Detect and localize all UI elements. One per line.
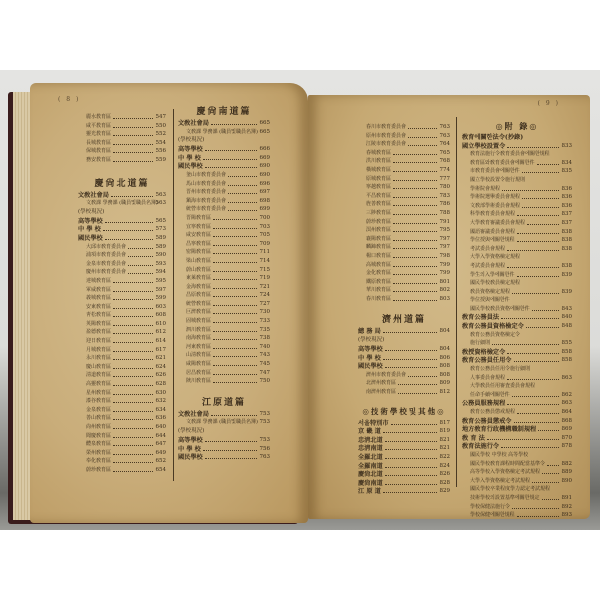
toc-entry-page: 556 — [156, 149, 167, 155]
toc-entry-title: 長城教育區 — [86, 141, 111, 146]
leader-dots — [211, 415, 257, 416]
toc-entry-title: 漆谷敎育區 — [86, 399, 111, 404]
toc-entry-page: 839 — [562, 290, 573, 296]
toc-entry-title: 蔚珍敎育區 — [86, 468, 111, 473]
column-divider — [456, 117, 457, 487]
toc-entry-page: 837 — [562, 221, 573, 227]
leader-dots — [213, 262, 257, 263]
toc-entry-title: 居昌敎育區 — [186, 371, 211, 376]
toc-entry-page: 893 — [562, 513, 573, 519]
toc-entry-page: 797 — [440, 237, 451, 243]
toc-entry-page: 590 — [156, 253, 167, 259]
leader-dots — [393, 180, 437, 181]
leader-dots — [517, 241, 559, 242]
leader-dots — [517, 233, 559, 234]
page-edges — [13, 92, 31, 520]
toc-entry-page: 735 — [260, 328, 271, 334]
toc-entry-title: 國民學校敎育課程時間配當基準令 — [470, 462, 545, 467]
toc-entry-page: 799 — [440, 263, 451, 269]
toc-entry-title: 京 畿 道 — [358, 429, 381, 435]
toc-entry-title: 慶州市敎育委員會 — [86, 270, 126, 275]
leader-dots — [385, 458, 437, 459]
toc-entry-page: 808 — [440, 364, 451, 370]
toc-entry-title: 春川敎育區 — [366, 297, 391, 302]
leader-dots — [393, 171, 437, 172]
toc-entry-title: 浦項市敎育委員會 — [86, 253, 126, 258]
toc-entry-page: 791 — [440, 220, 451, 226]
toc-entry-title: 敎育公務員任用令施行細則 — [470, 367, 530, 372]
toc-entry-page: 795 — [440, 228, 451, 234]
toc-entry-title: 山淸敎育區 — [186, 353, 211, 358]
leader-dots — [517, 516, 559, 517]
toc-entry-page: 563 — [156, 193, 167, 199]
toc-entry-title: 學校保健法施行令 — [470, 505, 510, 510]
toc-entry-title: 文敎部學術委員會規程 — [470, 204, 520, 209]
leader-dots — [113, 342, 153, 343]
toc-entry-title: 昌原敎育區 — [186, 293, 211, 298]
toc-entry-title: (學校現況) — [78, 210, 104, 216]
toc-list: 敎育에關한法令(抄錄)國立學校設置令833敎育法施行令敎育委員會에關한規程敎育區… — [462, 135, 572, 522]
leader-dots — [113, 299, 153, 300]
toc-entry-page: 745 — [260, 362, 271, 368]
toc-entry-page: 834 — [562, 161, 573, 167]
leader-dots — [492, 344, 559, 345]
toc-entry-page: 862 — [562, 393, 573, 399]
toc-entry-page: 647 — [156, 442, 167, 448]
toc-entry-page: 836 — [562, 204, 573, 210]
leader-dots — [514, 361, 559, 362]
leader-dots — [203, 450, 257, 451]
toc-entry-title: 高等學校 — [78, 219, 103, 225]
leader-dots — [213, 331, 257, 332]
toc-entry-page: 636 — [156, 416, 167, 422]
toc-entry-title: 蔚山敎育區 — [186, 268, 211, 273]
toc-entry-title: 原州市敎育委員會 — [366, 134, 406, 139]
toc-entry-title: 施行細則 — [470, 341, 490, 346]
toc-entry-page: 840 — [562, 315, 573, 321]
toc-entry-title: 高等學校 — [358, 347, 383, 353]
toc-entry-title: 全羅南道 — [358, 464, 383, 470]
leader-dots — [385, 475, 437, 476]
toc-entry-title: 高靈敎育區 — [86, 382, 111, 387]
leader-dots — [393, 274, 437, 275]
toc-entry-page: 552 — [156, 132, 167, 138]
leader-dots — [501, 447, 559, 448]
toc-entry-page: 774 — [440, 168, 451, 174]
toc-entry-title: 敎育公務員法 — [462, 315, 499, 321]
leader-dots — [507, 250, 559, 251]
left-page: ( 8 ) 麗水教育區547咸平教育區550靈光教育區552長城教育區554保城… — [30, 83, 308, 523]
toc-entry-title: 保城教育區 — [86, 149, 111, 154]
toc-entry-page: 836 — [562, 195, 573, 201]
toc-entry-page: 891 — [562, 496, 573, 502]
toc-entry-title: 文敎社會局 — [178, 121, 209, 127]
leader-dots — [113, 394, 153, 395]
toc-entry-title: 務安教育區 — [86, 158, 111, 163]
leader-dots — [408, 376, 437, 377]
toc-entry-title: 任命手續에關한件 — [470, 393, 510, 398]
leader-dots — [393, 231, 437, 232]
toc-entry-page: 595 — [156, 279, 167, 285]
toc-entry-title: 咸平教育區 — [86, 124, 111, 129]
toc-entry-title: 咸陽敎育區 — [186, 362, 211, 367]
toc-entry-page: 554 — [156, 141, 167, 147]
leader-dots — [213, 228, 257, 229]
toc-entry-page: 573 — [156, 227, 167, 233]
leader-dots — [538, 430, 559, 431]
toc-entry-title: 釜山市敎育委員會 — [186, 173, 226, 178]
leader-dots — [213, 322, 257, 323]
leader-dots — [487, 439, 559, 440]
toc-entry-title: 市敎育委員會에關한件 — [470, 169, 520, 174]
toc-entry-title: 敎育法施行令 — [462, 444, 499, 450]
toc-entry-title: 敎員資格檢定規程 — [470, 290, 510, 295]
leader-dots — [517, 215, 559, 216]
toc-entry-page: 719 — [260, 276, 271, 282]
leader-dots — [113, 445, 153, 446]
toc-entry-title: 麟蹄敎育區 — [366, 245, 391, 250]
toc-entry-page: 740 — [260, 345, 271, 351]
toc-entry-page: 724 — [260, 293, 271, 299]
toc-entry-title: 尙州敎育區 — [86, 425, 111, 430]
toc-entry-title: 泗川敎育區 — [186, 328, 211, 333]
toc-entry: 國民學校763 — [178, 455, 270, 464]
toc-entry-title: 江陵市敎育委員會 — [366, 142, 406, 147]
toc-entry-title: 宜寧敎育區 — [186, 225, 211, 230]
leader-dots — [213, 236, 257, 237]
leader-dots — [213, 219, 257, 220]
leader-dots — [213, 348, 257, 349]
leader-dots — [385, 467, 437, 468]
toc-entry-page: 550 — [156, 124, 167, 130]
toc-entry-page: 802 — [440, 288, 451, 294]
toc-entry-title: 月城敎育區 — [86, 348, 111, 353]
leader-dots — [517, 413, 559, 414]
toc-entry-title: 晋陽敎育區 — [186, 216, 211, 221]
leader-dots — [398, 384, 437, 385]
toc-entry-page: 824 — [440, 464, 451, 470]
toc-entry-page: 764 — [440, 142, 451, 148]
toc-entry-title: 技術學校의設置基準에關한規定 — [470, 496, 540, 501]
left-col-1: 麗水教育區547咸平教育區550靈光教育區552長城教育區554保城教育區556… — [78, 115, 166, 477]
leader-dots — [113, 428, 153, 429]
toc-entry-title: 敎育公務員任用令 — [462, 358, 512, 364]
leader-dots — [393, 248, 437, 249]
toc-entry-page: 715 — [260, 268, 271, 274]
leader-dots — [205, 167, 257, 168]
toc-entry-title: 國民學校 — [358, 364, 383, 370]
toc-entry-title: 中 學 校 — [358, 356, 381, 362]
leader-dots — [113, 282, 153, 283]
toc-entry-title: 旌善敎育區 — [366, 202, 391, 207]
toc-entry-page: 838 — [562, 230, 573, 236]
toc-entry-page: 843 — [562, 307, 573, 313]
toc-entry-page: 838 — [562, 247, 573, 253]
toc-entry-title: 慶山敎育區 — [86, 365, 111, 370]
toc-entry-page: 837 — [562, 212, 573, 218]
toc-entry-page: 709 — [260, 242, 271, 248]
leader-dots — [213, 271, 257, 272]
toc-entry-page: 714 — [260, 259, 271, 265]
leader-dots — [105, 239, 153, 240]
toc-entry: 陜川敎育區750 — [178, 379, 270, 388]
leader-dots — [128, 273, 153, 274]
toc-entry-page: 733 — [260, 319, 271, 325]
toc-entry-title: 高等學校 — [178, 147, 203, 153]
leader-dots — [507, 404, 559, 405]
toc-entry-title: 陜川敎育區 — [186, 379, 211, 384]
toc-entry-title: 學術院會規程 — [470, 187, 500, 192]
leader-dots — [383, 492, 437, 493]
toc-entry-page: 750 — [260, 379, 271, 385]
toc-entry-title: 襄陽敎育區 — [366, 237, 391, 242]
leader-dots — [522, 207, 559, 208]
toc-entry-page: 614 — [156, 339, 167, 345]
toc-entry-title: 大學敎員任用審査委員會規程 — [470, 384, 535, 389]
leader-dots — [213, 382, 257, 383]
toc-entry-title: 金化敎育區 — [366, 271, 391, 276]
leader-dots — [393, 154, 437, 155]
toc-entry-title: 聞慶敎育區 — [86, 434, 111, 439]
toc-entry-page: 753 — [260, 438, 271, 444]
toc-entry-title: 鐵原敎育區 — [366, 280, 391, 285]
toc-entry-title: 安東敎育區 — [86, 305, 111, 310]
toc-entry-page: 817 — [440, 421, 451, 427]
toc-entry-page: 699 — [260, 207, 271, 213]
toc-entry-title: 昌寧敎育區 — [186, 242, 211, 247]
toc-entry-page: 612 — [156, 330, 167, 336]
toc-entry-page: 559 — [156, 158, 167, 164]
toc-entry-title: 春城敎育區 — [366, 151, 391, 156]
toc-entry-title: 高城敎育區 — [366, 263, 391, 268]
toc-entry-title: 國民學校 中學校 高等學校 — [470, 453, 528, 458]
toc-entry-page: 804 — [440, 347, 451, 353]
page-number: ( 8 ) — [58, 97, 80, 103]
toc-entry-title: 國民學校敎員檢定規程 — [470, 281, 520, 286]
leader-dots — [205, 150, 257, 151]
toc-entry-title: 學位授與에關한規程 — [470, 238, 515, 243]
toc-entry-page: 608 — [156, 313, 167, 319]
toc-entry-title: (學校現況) — [178, 429, 204, 435]
leader-dots — [532, 310, 559, 311]
toc-entry-title: 金泉市敎育委員會 — [86, 262, 126, 267]
leader-dots — [398, 393, 437, 394]
toc-entry-title: 文敎課 學務課 (職員및職員名簿) — [186, 420, 258, 425]
toc-entry-page: 753 — [260, 412, 271, 418]
toc-entry-title: 慶尙南道 — [358, 481, 383, 487]
leader-dots — [393, 214, 437, 215]
toc-entry-title: 敎授資格檢定令 — [462, 350, 505, 356]
toc-entry-title: 密陽敎育區 — [186, 250, 211, 255]
toc-entry-title: 靑松敎育區 — [86, 313, 111, 318]
leader-dots — [213, 356, 257, 357]
leader-dots — [507, 147, 559, 148]
leader-dots — [393, 240, 437, 241]
leader-dots — [393, 257, 437, 258]
leader-dots — [213, 374, 257, 375]
leader-dots — [228, 193, 257, 194]
toc-entry-title: 軍威敎育區 — [86, 288, 111, 293]
toc-entry-page: 838 — [562, 238, 573, 244]
leader-dots — [113, 368, 153, 369]
toc-entry-page: 696 — [260, 182, 271, 188]
toc-entry-page: 822 — [440, 455, 451, 461]
toc-entry-title: 學術院選擧委員會規程 — [470, 195, 520, 200]
toc-entry-page: 747 — [260, 371, 271, 377]
toc-entry-title: 河東敎育區 — [186, 345, 211, 350]
toc-entry-title: 大學入學資格檢定規程 — [470, 255, 520, 260]
toc-entry-page: 892 — [562, 505, 573, 511]
leader-dots — [128, 256, 153, 257]
toc-entry-title: 大學入學資格檢定考試規程 — [470, 479, 530, 484]
leader-dots — [507, 353, 559, 354]
leader-dots — [385, 350, 437, 351]
leader-dots — [113, 316, 153, 317]
toc-entry-page: 711 — [260, 250, 271, 256]
toc-entry-page: 870 — [562, 436, 573, 442]
leader-dots — [228, 210, 257, 211]
toc-entry-page: 882 — [562, 462, 573, 468]
toc-list: 文敎社會局665文敎課 學務課 (職員및職員名簿)665(學校現況)高等學校66… — [178, 121, 270, 388]
toc-entry-page: 864 — [562, 410, 573, 416]
section-heading: 濟州道篇 — [358, 311, 450, 329]
toc-entry-page: 547 — [156, 115, 167, 121]
leader-dots — [542, 473, 559, 474]
toc-entry-page: 644 — [156, 434, 167, 440]
leader-dots — [408, 137, 437, 138]
toc-entry: 務安教育區559 — [78, 158, 166, 167]
toc-entry-page: 599 — [156, 296, 167, 302]
toc-entry: 學校保健에關한規程893 — [462, 513, 572, 522]
toc-list: 總 務 局804(學校現況)高等學校804中 學 校806國民學校808濟州市敎… — [358, 329, 450, 398]
toc-entry-title: 學生의入學에關한件 — [470, 273, 515, 278]
toc-entry-page: 868 — [562, 419, 573, 425]
toc-entry-title: 麗水教育區 — [86, 115, 111, 120]
toc-entry-page: 665 — [260, 121, 271, 127]
toc-entry-page: 700 — [260, 216, 271, 222]
leader-dots — [383, 332, 437, 333]
leader-dots — [203, 159, 257, 160]
toc-entry-page: 803 — [440, 297, 451, 303]
leader-dots — [383, 359, 437, 360]
toc-entry-page: 756 — [260, 447, 271, 453]
toc-entry-title: 奉化敎育區 — [86, 459, 111, 464]
leader-dots — [547, 465, 559, 466]
leader-dots — [213, 288, 257, 289]
toc-entry-page: 780 — [440, 185, 451, 191]
leader-dots — [113, 127, 153, 128]
leader-dots — [502, 190, 559, 191]
toc-entry-title: 統營市敎育委員會 — [186, 207, 226, 212]
toc-entry-page: 821 — [440, 446, 451, 452]
toc-entry-page: 863 — [562, 401, 573, 407]
toc-entry-page: 858 — [562, 350, 573, 356]
toc-entry-title: 國民學校 — [178, 455, 203, 461]
toc-entry: 江 原 道829 — [358, 489, 450, 498]
toc-entry-page: 666 — [260, 147, 271, 153]
toc-entry-title: 敎育法施行令敎育委員會에關한規程 — [470, 152, 550, 157]
toc-entry-page: 730 — [260, 310, 271, 316]
toc-entry-page: 698 — [260, 199, 271, 205]
toc-list: 서울特別市817京 畿 道819忠淸北道821忠淸南道821全羅北道822全羅南… — [358, 421, 450, 498]
toc-entry-title: 文敎社會局 — [78, 193, 109, 199]
section-heading: 慶尙北道篇 — [78, 175, 166, 193]
toc-entry-page: 783 — [440, 194, 451, 200]
toc-entry-page: 624 — [156, 365, 167, 371]
toc-entry-title: 中 學 校 — [178, 156, 201, 162]
toc-entry-title: 馬山市敎育委員會 — [186, 182, 226, 187]
toc-entry-page: 808 — [440, 373, 451, 379]
leader-dots — [512, 293, 559, 294]
leader-dots — [113, 437, 153, 438]
leader-dots — [213, 279, 257, 280]
toc-entry-page: 812 — [440, 390, 451, 396]
leader-dots — [213, 305, 257, 306]
leader-dots — [113, 411, 153, 412]
toc-entry-title: 溟州敎育區 — [366, 228, 391, 233]
leader-dots — [501, 318, 559, 319]
leader-dots — [103, 230, 153, 231]
leader-dots — [542, 499, 559, 500]
toc-entry-title: 文敎社會局 — [178, 412, 209, 418]
toc-list: 文敎社會局753文敎課 學務課 (職員및職員名簿)753(學校現況)高等學校75… — [178, 412, 270, 464]
toc-list: 春川市敎育委員會763原州市敎育委員會763江陵市敎育委員會764春城敎育區76… — [358, 125, 450, 305]
toc-entry-title: 大邱市敎育委員會 — [86, 245, 126, 250]
toc-entry-page: 654 — [156, 468, 167, 474]
leader-dots — [113, 135, 153, 136]
leader-dots — [213, 339, 257, 340]
toc-entry-title: (學校現況) — [358, 338, 384, 344]
leader-dots — [113, 385, 153, 386]
leader-dots — [385, 484, 437, 485]
toc-entry-title: 高等學校入學資格檢定考試規程 — [470, 470, 540, 475]
toc-entry-title: 南海敎育區 — [186, 336, 211, 341]
leader-dots — [113, 376, 153, 377]
leader-dots — [205, 458, 257, 459]
toc-entry-title: 達城敎育區 — [86, 279, 111, 284]
right-col-1: 春川市敎育委員會763原州市敎育委員會763江陵市敎育委員會764春城敎育區76… — [358, 125, 450, 498]
toc-entry-page: 743 — [260, 353, 271, 359]
toc-entry-title: 國立學校設置令施行規則 — [470, 178, 525, 183]
toc-entry-page: 690 — [260, 173, 271, 179]
toc-entry-title: 華川敎育區 — [366, 288, 391, 293]
leader-dots — [393, 197, 437, 198]
toc-entry-page: 603 — [156, 305, 167, 311]
toc-entry-title: 科學敎育委員會規程 — [470, 212, 515, 217]
leader-dots — [537, 164, 559, 165]
leader-dots — [113, 308, 153, 309]
toc-entry-title: 榮州敎育區 — [86, 451, 111, 456]
toc-entry-title: 國民學校卒業程度學力認定考試規程 — [470, 487, 550, 492]
toc-entry-title: 考試委員會規程 — [470, 264, 505, 269]
leader-dots — [391, 424, 437, 425]
leader-dots — [213, 296, 257, 297]
leader-dots — [113, 359, 153, 360]
toc-entry-page: 763 — [440, 125, 451, 131]
toc-entry-page: 617 — [156, 348, 167, 354]
leader-dots — [113, 462, 153, 463]
toc-entry-page: 788 — [440, 211, 451, 217]
leader-dots — [128, 248, 153, 249]
leader-dots — [393, 266, 437, 267]
toc-entry-title: 洪川敎育區 — [366, 159, 391, 164]
toc-entry-title: 地方敎育行政機構職制規程 — [462, 427, 536, 433]
leader-dots — [211, 124, 257, 125]
toc-entry-page: 835 — [562, 169, 573, 175]
leader-dots — [522, 198, 559, 199]
toc-entry-title: 鎭海市敎育委員會 — [186, 199, 226, 204]
toc-entry-title: 大學敎育審議委員會規程 — [470, 221, 525, 226]
